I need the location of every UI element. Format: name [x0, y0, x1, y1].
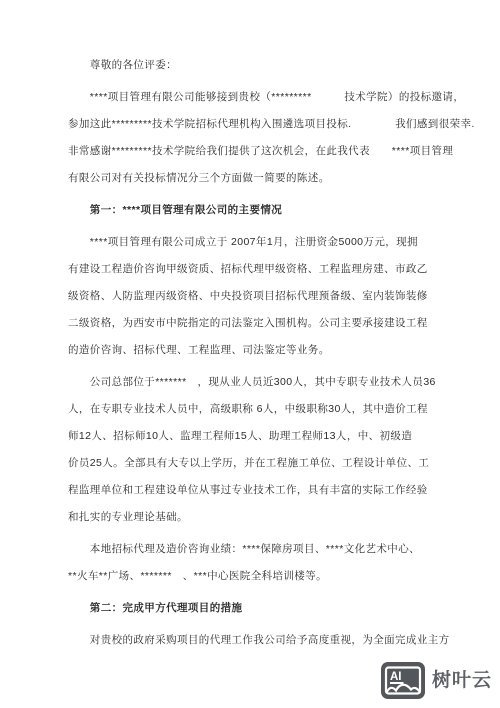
logo-ai-text: AI — [390, 671, 402, 683]
document-line: 非常感谢*********技术学院给我们提供了这次机会，在此我代表 ****项目… — [68, 138, 436, 165]
document-line: 第一：****项目管理有限公司的主要情况 — [68, 197, 436, 224]
document-line: 第二：完成甲方代理项目的措施 — [68, 595, 436, 622]
document-line: **火车**广场、******* 、***中心医院全科培训楼等。 — [68, 563, 436, 590]
document-line: 参加这此*********技术学院招标代理机构入围遴选项目投标. 我们感到很荣幸… — [68, 111, 436, 138]
document-line: 程监理单位和工程建设单位从事过专业技术工作，具有丰富的实际工作经验 — [68, 477, 436, 504]
section-heading: 第一：****项目管理有限公司的主要情况 — [68, 197, 436, 224]
document-line: 的造价咨询、招标代理、工程监理、司法鉴定等业务。 — [68, 337, 436, 364]
paragraph: 尊敬的各位评委： — [68, 52, 436, 79]
document-line: 对贵校的政府采购项目的代理工作我公司给予高度重视，为全面完成业主方 — [68, 627, 436, 654]
document-line: 价员25人。全部具有大专以上学历，并在工程施工单位、工程设计单位、工 — [68, 450, 436, 477]
document-line: 二级资格，为西安市中院指定的司法鉴定入围机构。公司主要承接建设工程 — [68, 310, 436, 337]
document-line: ****项目管理有限公司能够接到贵校（********* 技术学院）的投标邀请， — [68, 84, 436, 111]
document-line: 和扎实的专业理论基础。 — [68, 504, 436, 531]
document-body: 尊敬的各位评委： ****项目管理有限公司能够接到贵校（********* 技术… — [68, 52, 436, 654]
section-heading: 第二：完成甲方代理项目的措施 — [68, 595, 436, 622]
document-line: 有限公司对有关投标情况分三个方面做一简要的陈述。 — [68, 165, 436, 192]
document-line: 公司总部位于******* ，现从业人员近300人，其中专职专业技术人员36 — [68, 369, 436, 396]
paragraph: 对贵校的政府采购项目的代理工作我公司给予高度重视，为全面完成业主方 — [68, 627, 436, 654]
document-line: 本地招标代理及造价咨询业绩：****保障房项目、****文化艺术中心、 — [68, 536, 436, 563]
paragraph: 公司总部位于******* ，现从业人员近300人，其中专职专业技术人员36人，… — [68, 369, 436, 531]
watermark-brand-text: 树叶云 — [432, 671, 492, 690]
paragraph: 本地招标代理及造价咨询业绩：****保障房项目、****文化艺术中心、**火车*… — [68, 536, 436, 590]
watermark: AI 树叶云 — [381, 662, 492, 699]
document-line: 师12人、招标师10人、监理工程师15人、助理工程师13人，中、初级造 — [68, 423, 436, 450]
document-page: 尊敬的各位评委： ****项目管理有限公司能够接到贵校（********* 技术… — [0, 0, 500, 708]
document-line: 尊敬的各位评委： — [68, 52, 436, 79]
document-line: 人，在专职专业技术人员中，高级职称 6人，中级职称30人，其中造价工程 — [68, 396, 436, 423]
paragraph: ****项目管理有限公司成立于 2007年1月，注册资金5000万元，现拥有建设… — [68, 229, 436, 364]
shuyeyun-logo-icon: AI — [381, 662, 425, 699]
document-line: 级资格、人防监理丙级资格、中央投资项目招标代理预备级、室内装饰装修 — [68, 283, 436, 310]
document-line: ****项目管理有限公司成立于 2007年1月，注册资金5000万元，现拥 — [68, 229, 436, 256]
document-line: 有建设工程造价咨询甲级资质、招标代理甲级资格、工程监理房建、市政乙 — [68, 256, 436, 283]
paragraph: ****项目管理有限公司能够接到贵校（********* 技术学院）的投标邀请，… — [68, 84, 436, 192]
